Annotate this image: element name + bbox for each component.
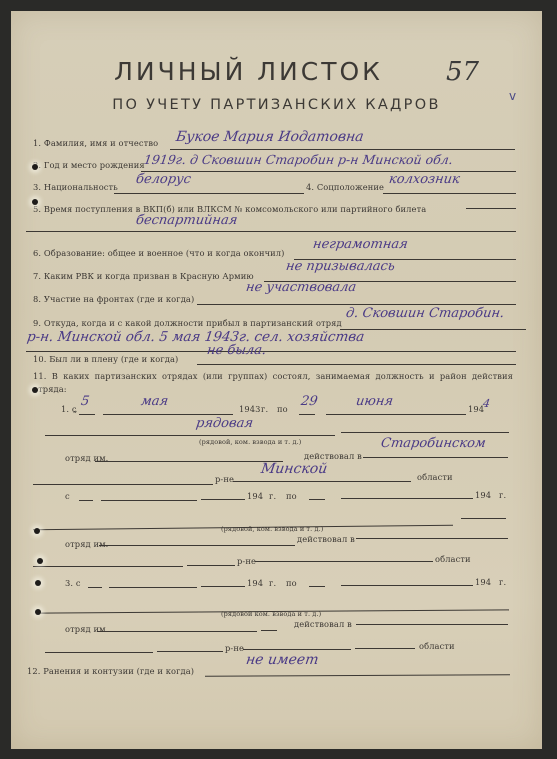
field-line <box>33 566 183 567</box>
det1-to-month: июня <box>355 394 394 409</box>
field-line <box>33 484 213 485</box>
field-line <box>309 499 325 500</box>
det1-operated-in: Старобинском <box>380 436 487 451</box>
field-line <box>114 193 304 194</box>
field-line <box>187 565 235 566</box>
field-label-wounds: 12. Ранения и контузии (где и когда) <box>27 666 194 676</box>
year-suffix: г. <box>261 404 268 414</box>
to-label: по <box>286 578 297 588</box>
field-line <box>26 351 516 352</box>
binder-hole <box>34 528 40 534</box>
field-value-wounds: не имеет <box>245 652 320 668</box>
det1-district: Минской <box>260 461 328 477</box>
det1-position: рядовая <box>195 416 254 431</box>
personal-record-sheet: ЛИЧНЫЙ ЛИСТОК 57 v ПО УЧЕТУ ПАРТИЗАНСКИХ… <box>11 11 542 749</box>
det1-from-day: 5 <box>80 394 90 409</box>
year-suffix: г. <box>269 578 276 588</box>
field-line <box>326 414 466 415</box>
field-line <box>341 498 473 499</box>
det1-to-year-suffix: 4 <box>482 397 491 410</box>
field-line <box>299 414 315 415</box>
field-line <box>99 545 295 546</box>
to-label: по <box>277 404 288 414</box>
field-line <box>466 208 516 209</box>
det3-to-year: 194 <box>475 577 491 587</box>
archive-number: 57 <box>446 57 479 87</box>
year-suffix: г. <box>499 490 506 500</box>
field-line <box>45 435 335 436</box>
det2-position-hint: (рядовой, ком. взвода и т. д.) <box>221 525 323 533</box>
det1-to-day: 29 <box>300 394 319 409</box>
det3-operated-label: действовал в <box>294 619 352 629</box>
det2-index: с <box>65 491 70 501</box>
field-label-army: 7. Каким РВК и когда призван в Красную А… <box>33 271 254 281</box>
binder-hole <box>35 609 41 615</box>
quote-open: „ <box>73 404 77 414</box>
field-line <box>205 674 510 677</box>
field-value-education: неграмотная <box>312 237 409 252</box>
det2-to-year: 194 <box>475 490 491 500</box>
field-line <box>355 648 415 649</box>
binder-hole <box>32 164 38 170</box>
det1-from-month: мая <box>140 394 169 409</box>
field-value-captivity: не была. <box>206 343 267 358</box>
det1-position-hint: (рядовой, ком. взвода и т. д.) <box>199 438 301 446</box>
field-label-detachments: 11. В каких партизанских отрядах (или гр… <box>33 370 513 396</box>
year-suffix: г. <box>269 491 276 501</box>
field-line <box>356 624 508 625</box>
field-line <box>88 587 102 588</box>
field-label-arrival: 9. Откуда, когда и с какой должности при… <box>33 318 342 328</box>
field-value-party: беспартийная <box>135 213 238 228</box>
det2-detachment-label: отряд им. <box>65 539 108 549</box>
field-line <box>309 586 325 587</box>
field-line <box>261 630 277 631</box>
field-line <box>79 414 95 415</box>
det2-region-label: области <box>435 554 471 564</box>
field-line <box>201 499 245 500</box>
field-label-birth: 2. Год и место рождения <box>33 160 145 170</box>
field-label-fronts: 8. Участие на фронтах (где и когда) <box>33 294 194 304</box>
field-value-arrival: д. Сковшин Старобин. <box>345 306 505 321</box>
field-value-birth: 1919г. д Сковшин Старобин р-н Минской об… <box>143 152 454 167</box>
document-subtitle: ПО УЧЕТУ ПАРТИЗАНСКИХ КАДРОВ <box>11 97 542 113</box>
field-line <box>461 518 506 519</box>
det1-district-label: р-не <box>215 474 234 484</box>
field-label-social: 4. Соцположение <box>306 182 384 192</box>
det3-detachment-label: отряд им <box>65 624 106 634</box>
field-value-social: колхозник <box>388 172 461 187</box>
field-value-fronts: не участвовала <box>245 280 357 295</box>
field-line <box>341 585 473 586</box>
det3-index: 3. с <box>65 578 81 588</box>
field-line <box>243 649 351 650</box>
field-line <box>103 414 233 415</box>
field-line <box>341 432 509 433</box>
field-label-nationality: 3. Национальность <box>33 182 118 192</box>
det3-position-hint: (рядовой ком. взвода и т. д.) <box>221 610 321 618</box>
field-line <box>233 481 411 482</box>
field-line <box>26 231 516 232</box>
binder-hole <box>32 387 38 393</box>
to-label: по <box>286 491 297 501</box>
field-value-full-name: Букое Мария Иодатовна <box>175 129 365 145</box>
det3-region-label: области <box>419 641 455 651</box>
field-line <box>45 652 153 653</box>
det1-region-label: области <box>417 472 453 482</box>
det3-district-label: р-не <box>225 643 244 653</box>
field-line <box>255 561 433 562</box>
field-line <box>157 651 223 652</box>
field-line <box>197 304 516 305</box>
binder-hole <box>32 199 38 205</box>
field-value-nationality: белорус <box>135 172 192 187</box>
binder-hole <box>35 580 41 586</box>
field-line <box>356 538 508 539</box>
det3-from-year: 194 <box>247 578 263 588</box>
field-line <box>383 193 516 194</box>
field-line <box>79 500 93 501</box>
field-value-army: не призывалась <box>285 259 396 274</box>
field-line <box>109 587 197 588</box>
field-line <box>97 631 257 632</box>
field-line <box>197 364 516 365</box>
field-line <box>363 457 508 458</box>
year-suffix: г. <box>499 577 506 587</box>
det1-operated-label: действовал в <box>304 451 362 461</box>
document-title: ЛИЧНЫЙ ЛИСТОК <box>0 57 514 86</box>
field-label-captivity: 10. Был ли в плену (где и когда) <box>33 354 178 364</box>
field-label-education: 6. Образование: общее и военное (что и к… <box>33 248 285 258</box>
field-label-full-name: 1. Фамилия, имя и отчество <box>33 138 158 148</box>
field-line <box>201 586 245 587</box>
det1-from-year: 1943 <box>239 404 261 414</box>
field-line <box>101 500 197 501</box>
det2-operated-label: действовал в <box>297 534 355 544</box>
det2-district-label: р-не <box>237 556 256 566</box>
det2-from-year: 194 <box>247 491 263 501</box>
field-line <box>340 329 526 330</box>
binder-hole <box>37 558 43 564</box>
field-value-arrival-cont: р-н. Минской обл. 5 мая 1943г. сел. хозя… <box>26 329 365 345</box>
field-line <box>170 149 515 150</box>
field-line <box>95 461 283 462</box>
